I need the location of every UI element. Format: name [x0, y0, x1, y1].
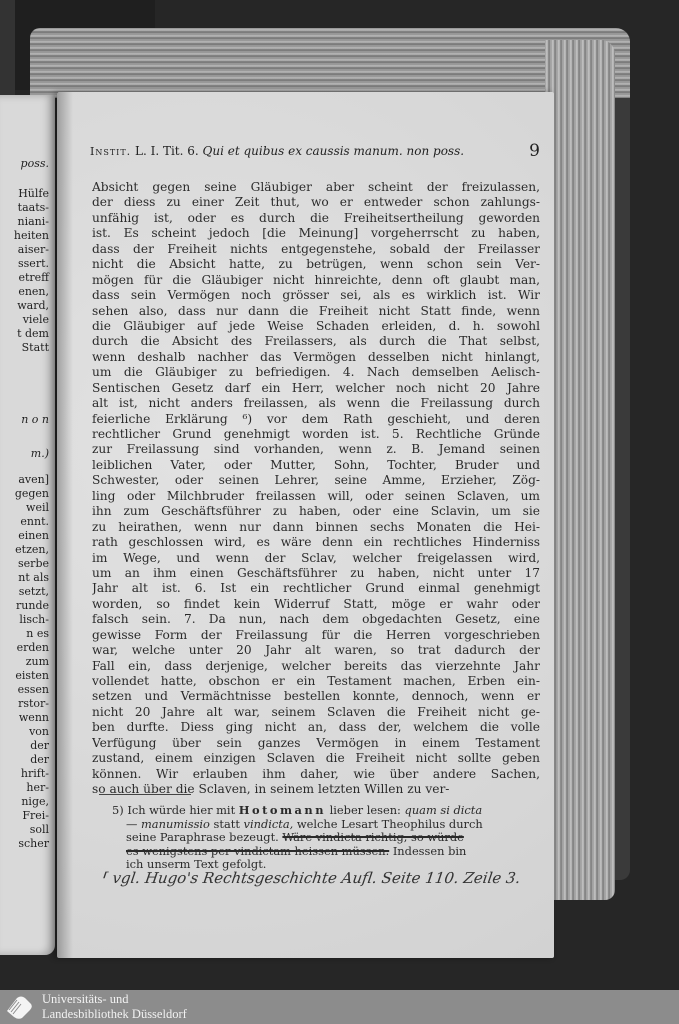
page-stack-fore-edge [545, 40, 615, 900]
left-page-text-fragment: nt als [18, 571, 49, 584]
text-line: Schwester, oder seinen Lehrer, seine Amm… [92, 473, 540, 488]
footnote-text: Indessen bin [393, 844, 467, 858]
text-line: um an ihm einen Geschäftsführer zu haben… [92, 566, 540, 581]
text-line: nicht 20 Jahre alt war, seinem Sclaven d… [92, 705, 540, 720]
left-page-text-fragment: n o n [21, 413, 49, 426]
left-page-text-fragment: etzen, [15, 543, 49, 556]
text-line: alt ist, nicht anders freilassen, als we… [92, 396, 540, 411]
text-line: der diess zu einer Zeit thut, wo er entw… [92, 195, 540, 210]
left-page-text-fragment: wenn [19, 711, 49, 724]
text-line: die Gläubiger auf jede Weise Schaden erl… [92, 319, 540, 334]
handwritten-annotation: ⸢ vgl. Hugo's Rechtsgeschichte Aufl. Sei… [101, 869, 522, 887]
institution-name: Universitäts- und Landesbibliothek Düsse… [42, 992, 187, 1022]
left-page-text-fragment: Frei- [22, 809, 49, 822]
text-line: gewisse Form der Freilassung für die Her… [92, 628, 540, 643]
left-page-text-fragment: scher [18, 837, 49, 850]
institution-line-1: Universitäts- und [42, 992, 187, 1007]
left-page-fragment: poss.Hülfetaats-niani-heitenaiser-ssert.… [0, 95, 55, 955]
text-line: worden, so findet kein Widerruf Statt, m… [92, 597, 540, 612]
footnote-latin: — manumissio [126, 817, 210, 831]
footnote-text: seine Paraphrase bezeugt. [126, 830, 279, 844]
left-page-text-fragment: t dem [17, 327, 49, 340]
text-line: mögen für die Gläubiger nicht hinreichte… [92, 273, 540, 288]
left-page-text-fragment: Hülfe [18, 187, 49, 200]
text-line: dass der Freiheit nichts entgegenstehe, … [92, 242, 540, 257]
text-line: setzen und Vermächtnisse bestellen konnt… [92, 689, 540, 704]
text-line: feierliche Erklärung ⁶) vor dem Rath ges… [92, 412, 540, 427]
footnote-latin: quam si dicta [405, 803, 483, 817]
header-series: Instit. [90, 145, 131, 158]
text-line: zu heirathen, wenn nur dann binnen sechs… [92, 520, 540, 535]
left-page-text-fragment: einen [18, 529, 49, 542]
left-page-text-fragment: der [30, 739, 49, 752]
left-page-text-fragment: nige, [21, 795, 49, 808]
text-line: Fall ein, dass derjenige, welcher bereit… [92, 659, 540, 674]
left-page-text-fragment: der [30, 753, 49, 766]
left-page-text-fragment: serbe [18, 557, 49, 570]
text-line: zur Freilassung sind vorhanden, wenn z. … [92, 442, 540, 457]
left-page-text-fragment: eisten [15, 669, 49, 682]
institution-line-2: Landesbibliothek Düsseldorf [42, 1007, 187, 1022]
footnote-text: statt [214, 817, 240, 831]
left-page-text-fragment: ward, [17, 299, 49, 312]
text-line: ihn zum Geschäftsführer zu haben, oder e… [92, 504, 540, 519]
left-page-text-fragment: etreff [18, 271, 49, 284]
footnote-struck-text: es wenigstens per vindictam heissen müss… [126, 844, 389, 858]
text-line: rath geschlossen wird, es wäre denn ein … [92, 535, 540, 550]
text-line: Absicht gegen seine Gläubiger aber schei… [92, 180, 540, 195]
text-line: Sentischen Gesetz darf ein Herr, welcher… [92, 381, 540, 396]
text-line: rechtlicher Grund genehmigt worden ist. … [92, 427, 540, 442]
footnote-rule [99, 794, 191, 795]
footnote-struck-text: Wäre vindicta richtig, so würde [282, 830, 463, 844]
left-page-text-fragment: ennt. [20, 515, 49, 528]
left-page-text-fragment: m.) [31, 447, 49, 460]
footnote-text: lieber lesen: [330, 803, 401, 817]
left-page-text-fragment: n es [26, 627, 49, 640]
running-header: Instit. L. I. Tit. 6. Qui et quibus ex c… [90, 144, 540, 164]
footnote-marker: 5) [112, 803, 124, 817]
left-page-text-fragment: viele [23, 313, 49, 326]
body-text: Absicht gegen seine Gläubiger aber schei… [92, 180, 540, 798]
text-line: Jahr alt ist. 6. Ist ein rechtlicher Gru… [92, 581, 540, 596]
text-line: falsch sein. 7. Da nun, nach dem obgedac… [92, 612, 540, 627]
left-page-text-fragment: weil [26, 501, 49, 514]
book-page: Instit. L. I. Tit. 6. Qui et quibus ex c… [57, 92, 554, 958]
left-page-text-fragment: essen [18, 683, 49, 696]
left-page-text-fragment: erden [17, 641, 49, 654]
left-page-text-fragment: ssert. [18, 257, 49, 270]
text-line: sehen also, dass nur dann die Freiheit n… [92, 304, 540, 319]
left-page-text-fragment: taats- [18, 201, 49, 214]
text-line: um die Gläubiger zu befriedigen. 4. Nach… [92, 365, 540, 380]
page-number: 9 [529, 141, 540, 161]
footnote-text: welche Lesart Theophilus durch [297, 817, 483, 831]
text-line: nicht die Absicht hatte, zu betrügen, we… [92, 257, 540, 272]
left-page-text-fragment: aiser- [18, 243, 49, 256]
header-reference: L. I. Tit. 6. [135, 144, 199, 158]
left-page-text-fragment: von [29, 725, 49, 738]
text-line: dass sein Vermögen noch grösser sei, als… [92, 288, 540, 303]
left-page-text-fragment: poss. [21, 157, 49, 170]
background [0, 0, 15, 95]
page-stack-top-edge [30, 28, 630, 98]
text-line: vollendet hatte, obschon er ein Testamen… [92, 674, 540, 689]
text-line: so auch über die Sclaven, in seinem letz… [92, 782, 540, 797]
text-line: können. Wir erlauben ihm daher, wie über… [92, 767, 540, 782]
text-line: wenn deshalb nachher das Vermögen dessel… [92, 350, 540, 365]
left-page-text-fragment: soll [30, 823, 49, 836]
text-line: unfähig ist, oder es durch die Freiheits… [92, 211, 540, 226]
left-page-text-fragment: runde [16, 599, 49, 612]
footnote-latin: vindicta, [244, 817, 294, 831]
page-gutter-shadow [57, 92, 73, 958]
left-page-text-fragment: hrift- [21, 767, 49, 780]
text-line: zustand, einem einzigen Sclaven die Frei… [92, 751, 540, 766]
left-page-text-fragment: gegen [15, 487, 49, 500]
left-page-text-fragment: lisch- [19, 613, 49, 626]
scan-viewport: poss.Hülfetaats-niani-heitenaiser-ssert.… [0, 0, 679, 990]
left-page-text-fragment: aven] [18, 473, 49, 486]
left-page-text-fragment: heiten [14, 229, 49, 242]
book-logo-icon [4, 994, 34, 1020]
text-line: Verfügung über sein ganzes Vermögen in e… [92, 736, 540, 751]
left-page-text-fragment: setzt, [19, 585, 49, 598]
header-title: Qui et quibus ex caussis manum. non poss… [203, 144, 465, 158]
text-line: ben durfte. Diess ging nicht an, dass de… [92, 720, 540, 735]
text-line: durch die Absicht des Freilassers, als d… [92, 334, 540, 349]
library-footer-bar: Universitäts- und Landesbibliothek Düsse… [0, 990, 679, 1024]
footnote: 5) Ich würde hier mit Hotomann lieber le… [112, 804, 532, 872]
left-page-text-fragment: niani- [18, 215, 49, 228]
text-line: ist. Es scheint jedoch [die Meinung] vor… [92, 226, 540, 241]
footnote-text: Ich würde hier mit [127, 803, 235, 817]
left-page-text-fragment: Statt [22, 341, 49, 354]
text-line: leiblichen Vater, oder Mutter, Sohn, Toc… [92, 458, 540, 473]
text-line: im Wege, und wenn der Sclav, welcher fre… [92, 551, 540, 566]
footnote-author-name: Hotomann [239, 803, 326, 817]
left-page-text-fragment: her- [26, 781, 49, 794]
left-page-text-fragment: enen, [18, 285, 49, 298]
text-line: ling oder Milchbruder freilassen will, o… [92, 489, 540, 504]
left-page-text-fragment: zum [26, 655, 49, 668]
text-line: war, welche unter 20 Jahr alt waren, so … [92, 643, 540, 658]
left-page-text-fragment: rstor- [18, 697, 49, 710]
